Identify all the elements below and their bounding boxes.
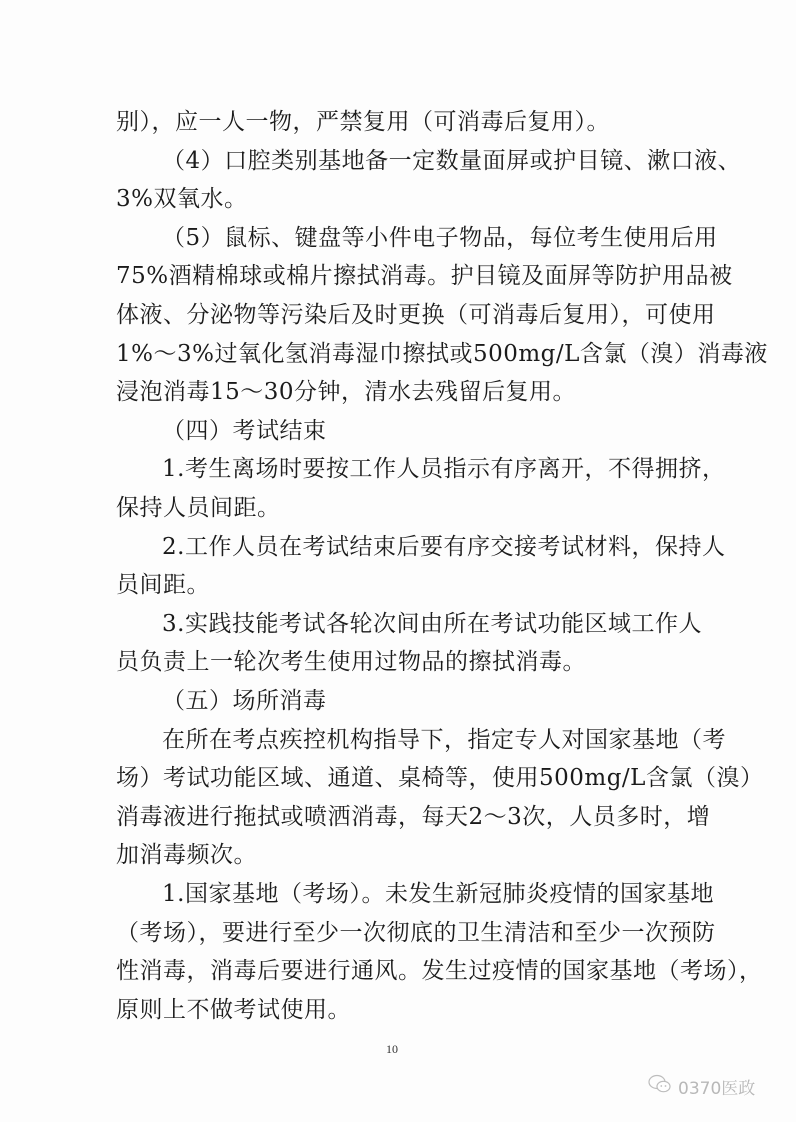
text-line: 1.考生离场时要按工作人员指示有序离开，不得拥挤， xyxy=(162,454,722,484)
watermark: 0370医政 xyxy=(648,1074,755,1098)
document-page: 别），应一人一物，严禁复用（可消毒后复用）。（4）口腔类别基地备一定数量面屏或护… xyxy=(0,0,796,1122)
text-line: 消毒液进行拖拭或喷洒消毒，每天2～3次，人员多时，增 xyxy=(116,802,676,832)
text-line: 2.工作人员在考试结束后要有序交接考试材料，保持人 xyxy=(162,532,722,562)
page-number: 10 xyxy=(386,1042,398,1057)
text-line: 浸泡消毒15～30分钟，清水去残留后复用。 xyxy=(116,377,676,407)
text-line: 体液、分泌物等污染后及时更换（可消毒后复用），可使用 xyxy=(116,300,676,330)
wechat-icon xyxy=(648,1074,678,1099)
text-line: 3.实践技能考试各轮次间由所在考试功能区域工作人 xyxy=(162,609,722,639)
text-line: 员间距。 xyxy=(116,570,676,600)
text-line: 加消毒频次。 xyxy=(116,840,676,870)
text-line: 原则上不做考试使用。 xyxy=(116,995,676,1025)
text-line: 保持人员间距。 xyxy=(116,493,676,523)
text-line: （考场），要进行至少一次彻底的卫生清洁和至少一次预防 xyxy=(116,918,676,948)
text-line: （5）鼠标、键盘等小件电子物品，每位考生使用后用 xyxy=(162,223,722,253)
watermark-text: 0370医政 xyxy=(678,1074,755,1099)
text-line: （五）场所消毒 xyxy=(162,686,722,716)
text-line: （四）考试结束 xyxy=(162,416,722,446)
text-line: 在所在考点疾控机构指导下，指定专人对国家基地（考 xyxy=(162,725,722,755)
text-line: 1%～3%过氧化氢消毒湿巾擦拭或500mg/L含氯（溴）消毒液 xyxy=(116,339,676,369)
text-line: 场）考试功能区域、通道、桌椅等，使用500mg/L含氯（溴） xyxy=(116,763,676,793)
text-line: 1.国家基地（考场）。未发生新冠肺炎疫情的国家基地 xyxy=(162,879,722,909)
text-line: 3%双氧水。 xyxy=(116,184,676,214)
text-line: 性消毒，消毒后要进行通风。发生过疫情的国家基地（考场）， xyxy=(116,956,676,986)
text-line: （4）口腔类别基地备一定数量面屏或护目镜、漱口液、 xyxy=(162,146,722,176)
text-line: 75%酒精棉球或棉片擦拭消毒。护目镜及面屏等防护用品被 xyxy=(116,261,676,291)
text-line: 别），应一人一物，严禁复用（可消毒后复用）。 xyxy=(116,107,676,137)
text-line: 员负责上一轮次考生使用过物品的擦拭消毒。 xyxy=(116,647,676,677)
